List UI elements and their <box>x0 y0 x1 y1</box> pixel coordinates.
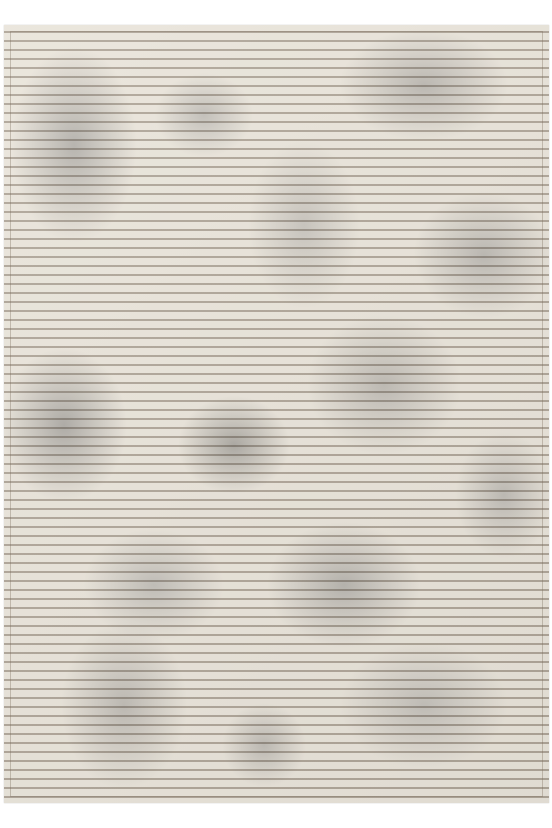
product-image-canvas <box>0 0 552 828</box>
rug-image <box>4 25 549 803</box>
rug-sheen <box>4 25 549 803</box>
